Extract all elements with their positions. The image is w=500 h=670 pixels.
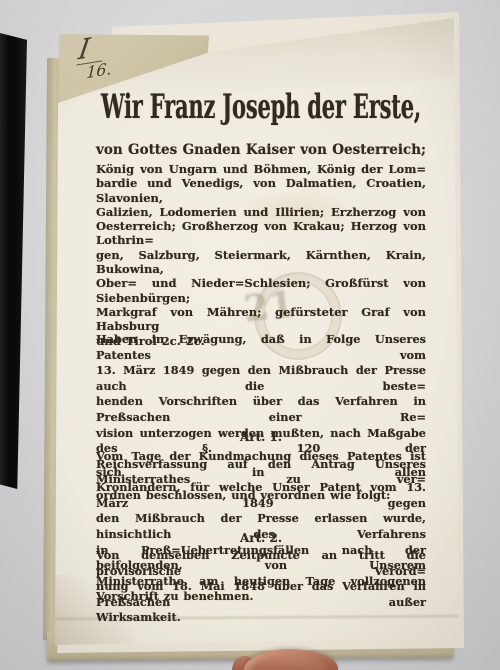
royal-title-line: Oesterreich; Großherzog von Krakau; Herz… bbox=[96, 219, 426, 248]
royal-title-line: Ober= und Nieder=Schlesien; Großfürst vo… bbox=[96, 276, 426, 305]
article-line: nung vom 18. Mai 1848 über das Verfahren… bbox=[96, 579, 426, 610]
royal-title-line: bardie und Venedigs, von Dalmatien, Croa… bbox=[96, 176, 426, 205]
dedication-line: von Gottes Gnaden Kaiser von Oesterreich… bbox=[96, 142, 426, 158]
article-line: Vom Tage der Kundmachung dieses Patentes… bbox=[96, 449, 426, 480]
article-line: Von demselben Zeitpuncte an tritt die pr… bbox=[96, 548, 426, 579]
royal-title-line: König von Ungarn und Böhmen, König der L… bbox=[96, 162, 426, 176]
document-title: Wir Franz Joseph der Erste, bbox=[96, 86, 426, 126]
preamble-line: Haben in Erwägung, daß in Folge Unseres … bbox=[96, 332, 426, 363]
royal-titles: König von Ungarn und Böhmen, König der L… bbox=[96, 162, 426, 348]
preamble-line: 13. März 1849 gegen den Mißbrauch der Pr… bbox=[96, 363, 426, 394]
photo-stage: I 16. 21 Wir Franz Joseph der Erste, von… bbox=[0, 0, 500, 670]
patent-page: 21 Wir Franz Joseph der Erste, von Gotte… bbox=[0, 0, 500, 670]
article-1-heading: Art. 1. bbox=[96, 430, 426, 444]
archival-mark: I 16. bbox=[71, 33, 113, 83]
article-line: Wirksamkeit. bbox=[96, 610, 426, 626]
calibration-strip bbox=[0, 33, 27, 489]
royal-title-line: Galizien, Lodomerien und Illirien; Erzhe… bbox=[96, 205, 426, 219]
article-2-body: Von demselben Zeitpuncte an tritt die pr… bbox=[96, 548, 426, 626]
preamble-line: henden Vorschriften über das Verfahren i… bbox=[96, 394, 426, 425]
article-line: Kronländern, für welche Unser Patent vom… bbox=[96, 480, 426, 511]
archival-mark-denominator: 16. bbox=[86, 61, 112, 81]
royal-title-line: Markgraf von Mähren; gefürsteter Graf vo… bbox=[96, 305, 426, 334]
royal-title-line: gen, Salzburg, Steiermark, Kärnthen, Kra… bbox=[96, 248, 426, 277]
article-2-heading: Art. 2. bbox=[96, 531, 426, 545]
